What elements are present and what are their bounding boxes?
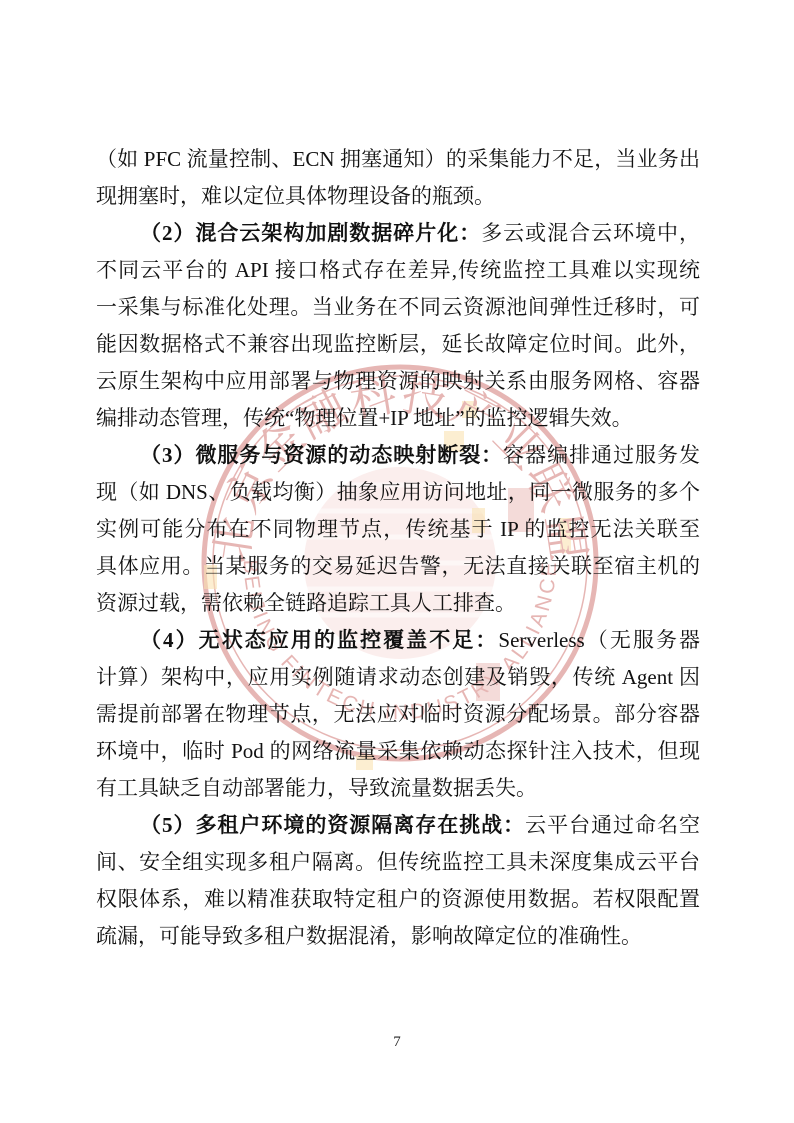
heading-run: （2）混合云架构加剧数据碎片化： [140,221,481,245]
text-run: 多云或混合云环境中， [481,221,700,245]
page-number: 7 [0,1034,794,1051]
text-line: 资源过载，需依赖全链路追踪工具人工排查。 [96,585,700,622]
text-run: 现（如 DNS、负载均衡）抽象应用访问地址，同一微服务的多个 [96,480,700,504]
text-run: 一采集与标准化处理。当业务在不同云资源池间弹性迁移时，可 [96,295,700,319]
text-run: 编排动态管理，传统“物理位置+IP 地址”的监控逻辑失效。 [96,406,633,430]
text-line: 间、安全组实现多租户隔离。但传统监控工具未深度集成云平台 [96,844,700,881]
text-line: 云原生架构中应用部署与物理资源的映射关系由服务网格、容器 [96,363,700,400]
text-line: 权限体系，难以精准获取特定租户的资源使用数据。若权限配置 [96,881,700,918]
text-run: 间、安全组实现多租户隔离。但传统监控工具未深度集成云平台 [96,850,700,874]
text-line: 编排动态管理，传统“物理位置+IP 地址”的监控逻辑失效。 [96,400,700,437]
text-run: 资源过载，需依赖全链路追踪工具人工排查。 [96,591,516,615]
text-run: 容器编排通过服务发 [503,443,700,467]
heading-run: （3）微服务与资源的动态映射断裂： [140,443,503,467]
document-body: （如 PFC 流量控制、ECN 拥塞通知）的采集能力不足，当业务出现拥塞时，难以… [96,141,700,955]
text-run: 有工具缺乏自动部署能力，导致流量数据丢失。 [96,776,537,800]
text-line: （2）混合云架构加剧数据碎片化：多云或混合云环境中， [96,215,700,252]
text-run: 环境中，临时 Pod 的网络流量采集依赖动态探针注入技术，但现 [96,739,700,763]
text-line: 能因数据格式不兼容出现监控断层，延长故障定位时间。此外， [96,326,700,363]
text-run: 不同云平台的 API 接口格式存在差异,传统监控工具难以实现统 [96,258,700,282]
text-run: （如 PFC 流量控制、ECN 拥塞通知）的采集能力不足，当业务出 [96,147,700,171]
text-line: 不同云平台的 API 接口格式存在差异,传统监控工具难以实现统 [96,252,700,289]
text-line: 计算）架构中，应用实例随请求动态创建及销毁，传统 Agent 因 [96,659,700,696]
text-line: （3）微服务与资源的动态映射断裂：容器编排通过服务发 [96,437,700,474]
text-line: 环境中，临时 Pod 的网络流量采集依赖动态探针注入技术，但现 [96,733,700,770]
text-run: 现拥塞时，难以定位具体物理设备的瓶颈。 [96,184,495,208]
text-run: Serverless（无服务器 [498,628,700,652]
text-line: 需提前部署在物理节点，无法应对临时资源分配场景。部分容器 [96,696,700,733]
text-run: 权限体系，难以精准获取特定租户的资源使用数据。若权限配置 [96,887,700,911]
text-line: 具体应用。当某服务的交易延迟告警，无法直接关联至宿主机的 [96,548,700,585]
text-run: 实例可能分布在不同物理节点，传统基于 IP 的监控无法关联至 [96,517,700,541]
text-run: 能因数据格式不兼容出现监控断层，延长故障定位时间。此外， [96,332,700,356]
text-line: 疏漏，可能导致多租户数据混淆，影响故障定位的准确性。 [96,918,700,955]
text-run: 疏漏，可能导致多租户数据混淆，影响故障定位的准确性。 [96,924,642,948]
text-line: 实例可能分布在不同物理节点，传统基于 IP 的监控无法关联至 [96,511,700,548]
text-line: （4）无状态应用的监控覆盖不足：Serverless（无服务器 [96,622,700,659]
text-run: 计算）架构中，应用实例随请求动态创建及销毁，传统 Agent 因 [96,665,700,689]
heading-run: （5）多租户环境的资源隔离存在挑战： [140,813,525,837]
text-line: 现（如 DNS、负载均衡）抽象应用访问地址，同一微服务的多个 [96,474,700,511]
text-line: （5）多租户环境的资源隔离存在挑战：云平台通过命名空 [96,807,700,844]
text-run: 具体应用。当某服务的交易延迟告警，无法直接关联至宿主机的 [96,554,700,578]
text-run: 需提前部署在物理节点，无法应对临时资源分配场景。部分容器 [96,702,700,726]
document-page: 北京金融科技产业联盟 BEIJING FINTECH INDUSTRY ALLI… [0,0,794,1123]
text-line: 现拥塞时，难以定位具体物理设备的瓶颈。 [96,178,700,215]
text-line: 有工具缺乏自动部署能力，导致流量数据丢失。 [96,770,700,807]
text-run: 云平台通过命名空 [525,813,700,837]
text-line: （如 PFC 流量控制、ECN 拥塞通知）的采集能力不足，当业务出 [96,141,700,178]
text-line: 一采集与标准化处理。当业务在不同云资源池间弹性迁移时，可 [96,289,700,326]
text-run: 云原生架构中应用部署与物理资源的映射关系由服务网格、容器 [96,369,700,393]
heading-run: （4）无状态应用的监控覆盖不足： [140,628,498,652]
